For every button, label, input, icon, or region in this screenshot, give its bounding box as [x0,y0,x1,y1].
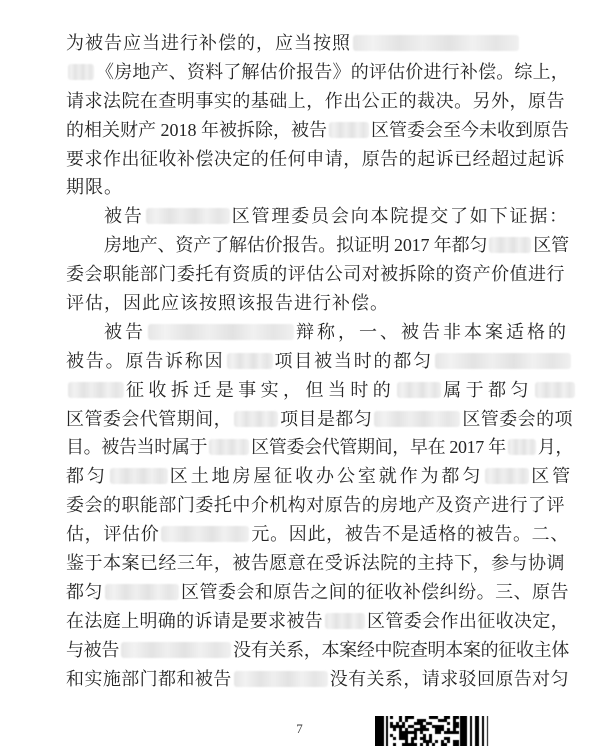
line-text: 区土地房屋征收办公室就作为都匀 [170,466,483,486]
redaction-block [397,382,441,398]
document-line: 委会职能部门委托有资质的评估公司对被拆除的资产价值进行 [66,260,566,289]
redaction-block [435,353,571,369]
line-text: 在法庭上明确的诉请是要求被告 [66,611,323,631]
line-text: 被告 [104,322,146,342]
document-line: 为被告应当进行补偿的，应当按照 [66,29,566,58]
line-text: 区管委会代管期间，早在 2017 年 [251,437,506,457]
line-text: 期限。 [66,177,123,197]
line-text: 和实施部门都和被告 [66,669,232,689]
line-text: 项目是都匀 [280,409,372,429]
line-text: 与被告 [66,640,119,660]
line-text: 《房地产、资料了解估价报告》的评估价进行补偿。综上， [96,62,569,82]
line-text: 月， [538,437,573,457]
line-text: 请求法院在查明事实的基础上，作出公正的裁决。另外，原告 [66,91,565,111]
document-line: 估，评估价元。因此，被告不是适格的被告。二、 [66,520,566,549]
redaction-block [353,35,519,51]
document-line: 目。被告当时属于区管委会代管期间，早在 2017 年月， [66,433,566,462]
line-text: 目。被告当时属于 [66,437,207,457]
line-text: 要求作出征收补偿决定的任何申请，原告的起诉已经超过起诉 [66,149,565,169]
redaction-block [148,324,294,340]
document-line: 请求法院在查明事实的基础上，作出公正的裁决。另外，原告 [66,87,566,116]
line-text: 都匀 [66,466,108,486]
line-text: 评估，因此应该按照该报告进行补偿。 [66,293,389,313]
document-line: 在法庭上明确的诉请是要求被告区管委会作出征收决定， [66,607,566,636]
redaction-block [209,439,249,455]
document-line: 的相关财产 2018 年被拆除，被告区管委会至今未收到原告 [66,116,566,145]
redaction-block [489,237,531,253]
redaction-block [325,613,365,629]
page-number: 7 [0,721,599,737]
document-line: 鉴于本案已经三年，被告愿意在受诉法院的主持下，参与协调 [66,549,566,578]
redaction-block [485,468,529,484]
redaction-block [234,671,328,687]
line-text: 区管委会至今未收到原告 [371,120,569,140]
line-text: 区管委会作出征收决定， [367,611,569,631]
document-line: 评估，因此应该按照该报告进行补偿。 [66,289,566,318]
line-text: 委会的职能部门委托中介机构对原告的房地产及资产进行了评 [66,495,565,515]
line-text: 区管委会和原告之间的征收补偿纠纷。三、原告 [181,582,569,602]
line-text: 鉴于本案已经三年，被告愿意在受诉法院的主持下，参与协调 [66,553,565,573]
document-line: 都匀区管委会和原告之间的征收补偿纠纷。三、原告 [66,578,566,607]
document-line: 被告区管理委员会向本院提交了如下证据： [66,202,566,231]
line-text: 征收拆迁是事实，但当时的 [126,380,395,400]
document-line: 《房地产、资料了解估价报告》的评估价进行补偿。综上， [66,58,566,87]
document-line: 征收拆迁是事实，但当时的属于都匀 [66,376,566,405]
line-text: 属于都匀 [443,380,533,400]
line-text: 没有关系，本案经中院查明本案的征收主体 [233,640,569,660]
line-text: 区管 [533,235,569,255]
document-line: 被告辩称，一、被告非本案适格的 [66,318,566,347]
document-page: 为被告应当进行补偿的，应当按照《房地产、资料了解估价报告》的评估价进行补偿。综上… [0,0,599,746]
document-line: 都匀区土地房屋征收办公室就作为都匀区管 [66,462,566,491]
document-line: 区管委会代管期间，项目是都匀区管委会的项 [66,405,566,434]
line-text: 区管 [531,466,573,486]
line-text: 为被告应当进行补偿的，应当按照 [66,33,351,53]
line-text: 区管理委员会向本院提交了如下证据： [232,206,569,226]
document-line: 要求作出征收补偿决定的任何申请，原告的起诉已经超过起诉 [66,145,566,174]
line-text: 的相关财产 2018 年被拆除，被告 [66,120,327,140]
redaction-block [68,64,94,80]
line-text: 估，评估价 [66,524,159,544]
redaction-block [110,468,168,484]
document-line: 与被告没有关系，本案经中院查明本案的征收主体 [66,636,566,665]
line-text: 元。因此，被告不是适格的被告。二、 [251,524,569,544]
redaction-block [105,584,179,600]
line-text: 项目被当时的都匀 [275,351,434,371]
line-text: 区管委会代管期间， [66,409,232,429]
document-line: 房地产、资产了解估价报告。拟证明 2017 年都匀区管 [66,231,566,260]
document-line: 委会的职能部门委托中介机构对原告的房地产及资产进行了评 [66,491,566,520]
line-text: 辩称，一、被告非本案适格的 [296,322,569,342]
line-text: 被告。原告诉称因 [66,351,225,371]
line-text: 都匀 [66,582,103,602]
redaction-block [329,122,369,138]
redaction-block [68,382,124,398]
redaction-block [121,642,231,658]
redaction-block [234,411,278,427]
document-lines: 为被告应当进行补偿的，应当按照《房地产、资料了解估价报告》的评估价进行补偿。综上… [66,29,566,693]
pdf417-barcode [375,716,497,746]
document-line: 和实施部门都和被告没有关系，请求驳回原告对匀 [66,665,566,694]
document-line: 期限。 [66,173,566,202]
line-text: 委会职能部门委托有资质的评估公司对被拆除的资产价值进行 [66,264,565,284]
line-text: 区管委会的项 [462,409,573,429]
redaction-block [146,208,230,224]
line-text: 房地产、资产了解估价报告。拟证明 2017 年都匀 [104,235,487,255]
redaction-block [535,382,575,398]
line-text: 被告 [104,206,144,226]
redaction-block [227,353,273,369]
redaction-block [508,439,536,455]
redaction-block [374,411,460,427]
line-text: 没有关系，请求驳回原告对匀 [330,669,569,689]
redaction-block [161,526,249,542]
document-line: 被告。原告诉称因项目被当时的都匀 [66,347,566,376]
